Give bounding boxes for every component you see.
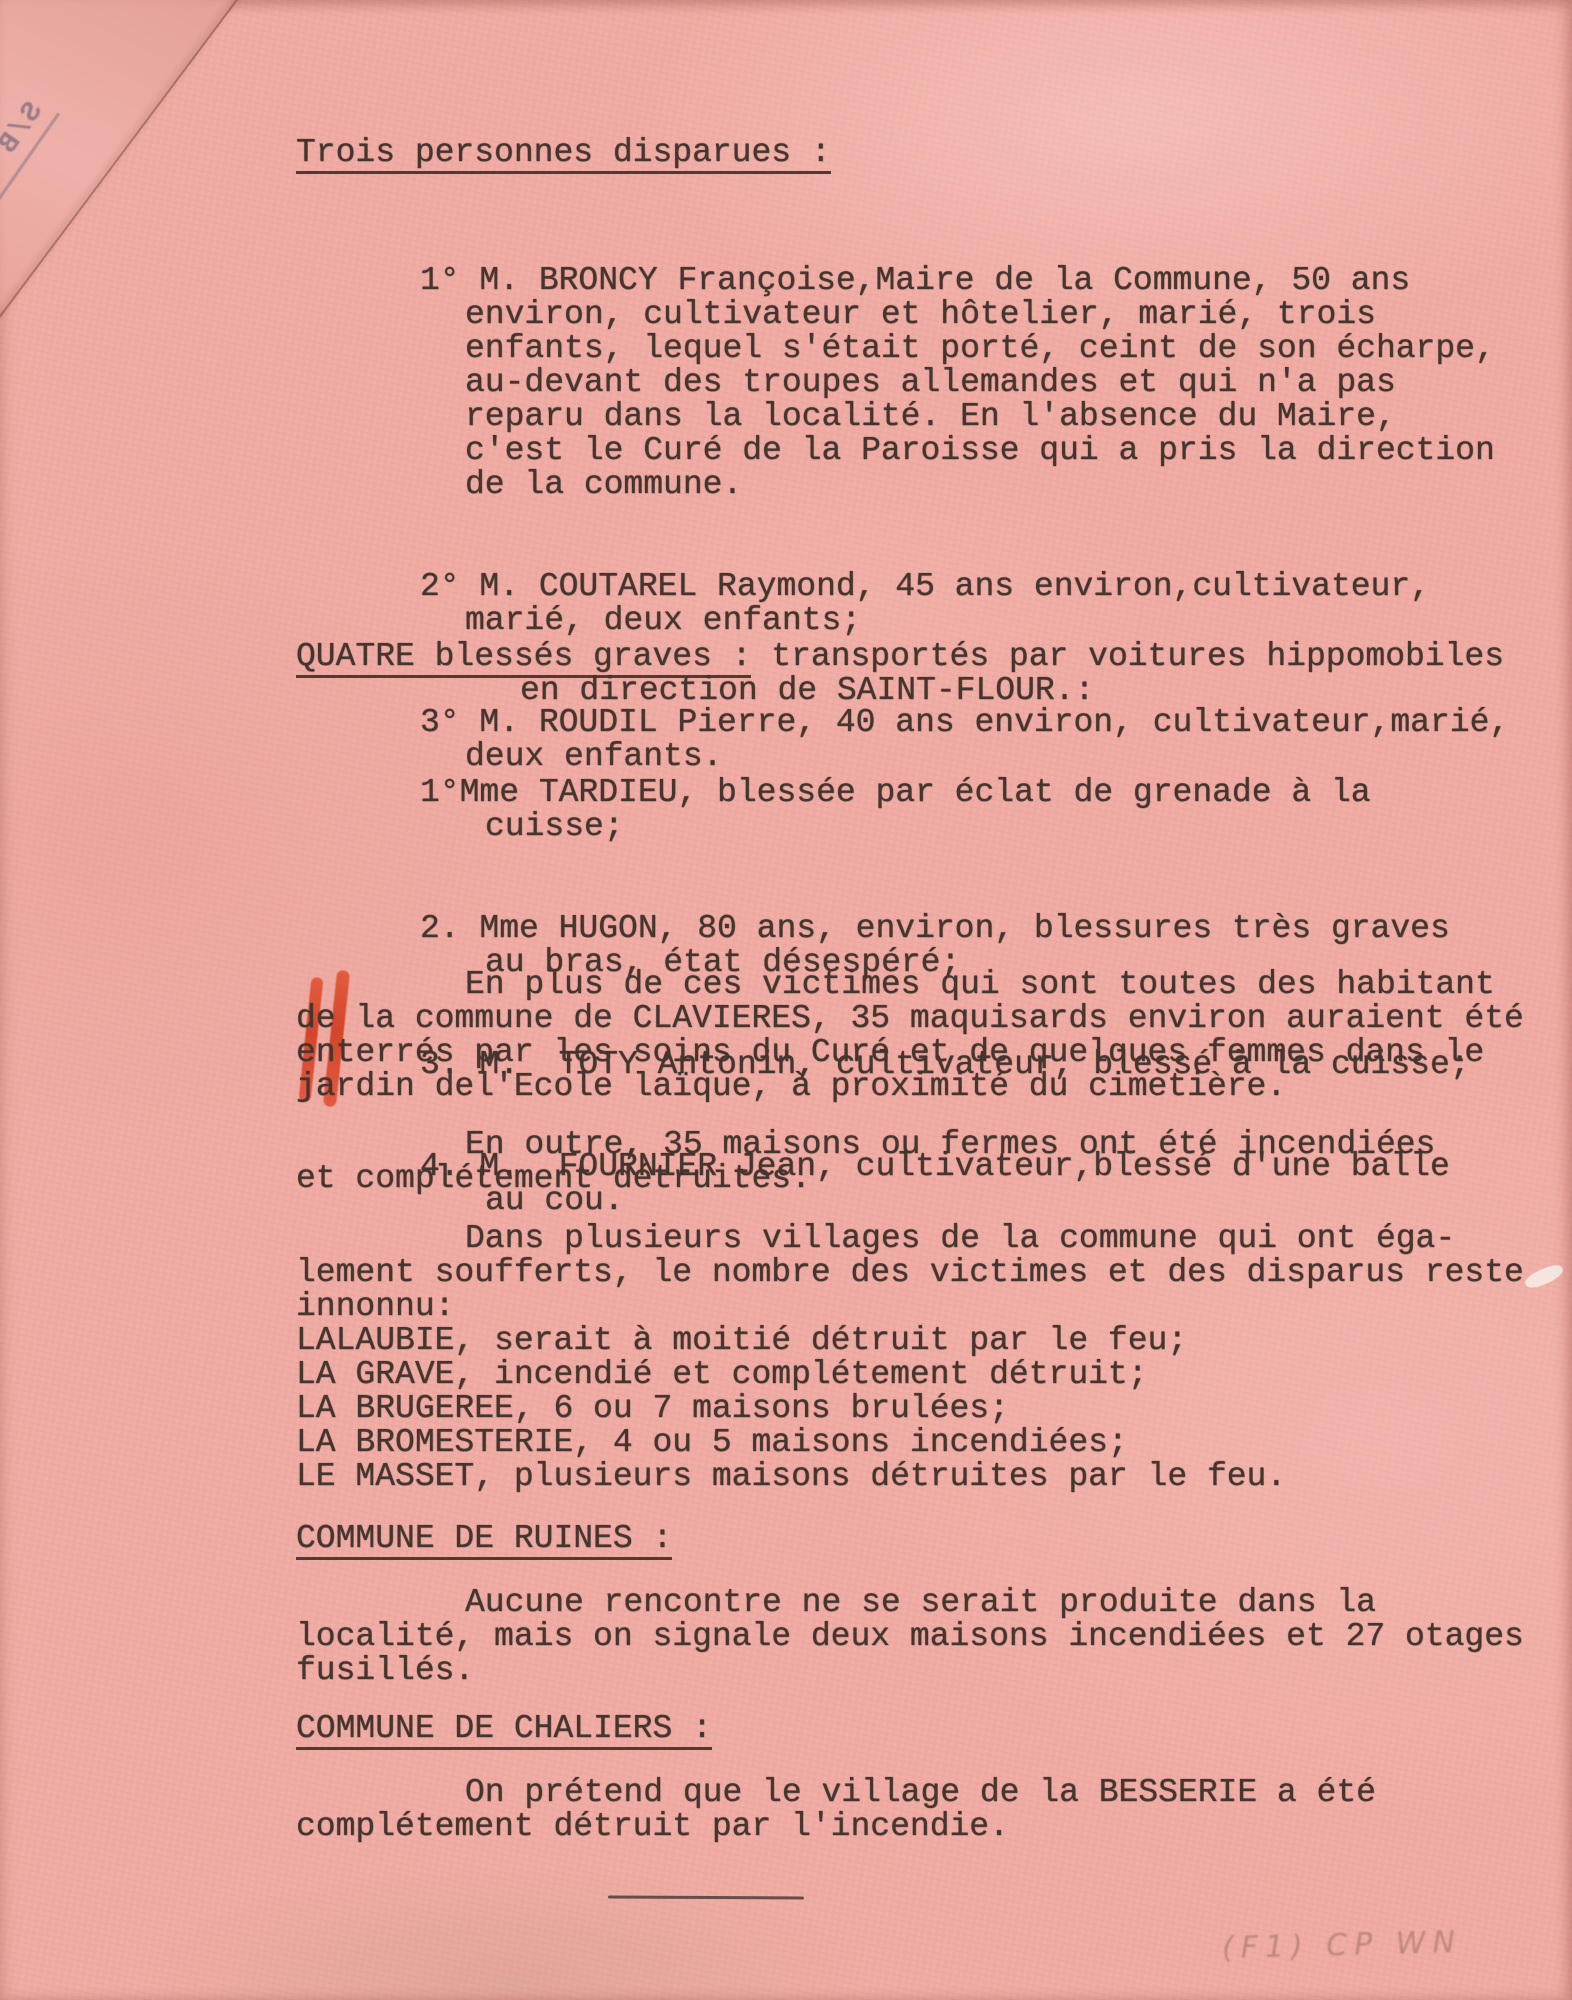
- paragraph-chaliers: On prétend que le village de la BESSERIE…: [296, 1776, 1566, 1844]
- paragraph-maisons: En outre, 35 maisons ou fermes ont été i…: [296, 1128, 1566, 1196]
- paragraph-ruines: Aucune rencontre ne se serait produite d…: [296, 1586, 1566, 1688]
- heading-underlined-text: COMMUNE DE CHALIERS :: [296, 1712, 712, 1750]
- section-heading-ruines: COMMUNE DE RUINES :: [296, 1522, 672, 1560]
- heading-rest-text: transportés par voitures hippomobiles: [751, 638, 1504, 675]
- separator-line: [608, 1895, 804, 1899]
- paragraph-victimes: En plus de ces victimes qui sont toutes …: [296, 968, 1566, 1104]
- heading-underlined-text: COMMUNE DE RUINES :: [296, 1522, 672, 1560]
- pencil-annotation: (F1) CP WN: [1222, 1925, 1463, 1966]
- list-item: 1°Mme TARDIEU, blessée par éclat de gren…: [420, 776, 1572, 844]
- section-heading-disparues: Trois personnes disparues :: [296, 136, 831, 174]
- scanned-document-page: S/B° b.P.(D N Trois personnes disparues …: [0, 0, 1572, 2000]
- heading-underlined-text: Trois personnes disparues :: [296, 136, 831, 174]
- list-item: 1° M. BRONCY Françoise,Maire de la Commu…: [420, 264, 1572, 502]
- section-heading-chaliers: COMMUNE DE CHALIERS :: [296, 1712, 712, 1750]
- blesses-subline: en direction de SAINT-FLOUR.:: [520, 674, 1094, 708]
- list-item: 2° M. COUTAREL Raymond, 45 ans environ,c…: [420, 570, 1572, 638]
- paragraph-villages: Dans plusieurs villages de la commune qu…: [296, 1222, 1566, 1494]
